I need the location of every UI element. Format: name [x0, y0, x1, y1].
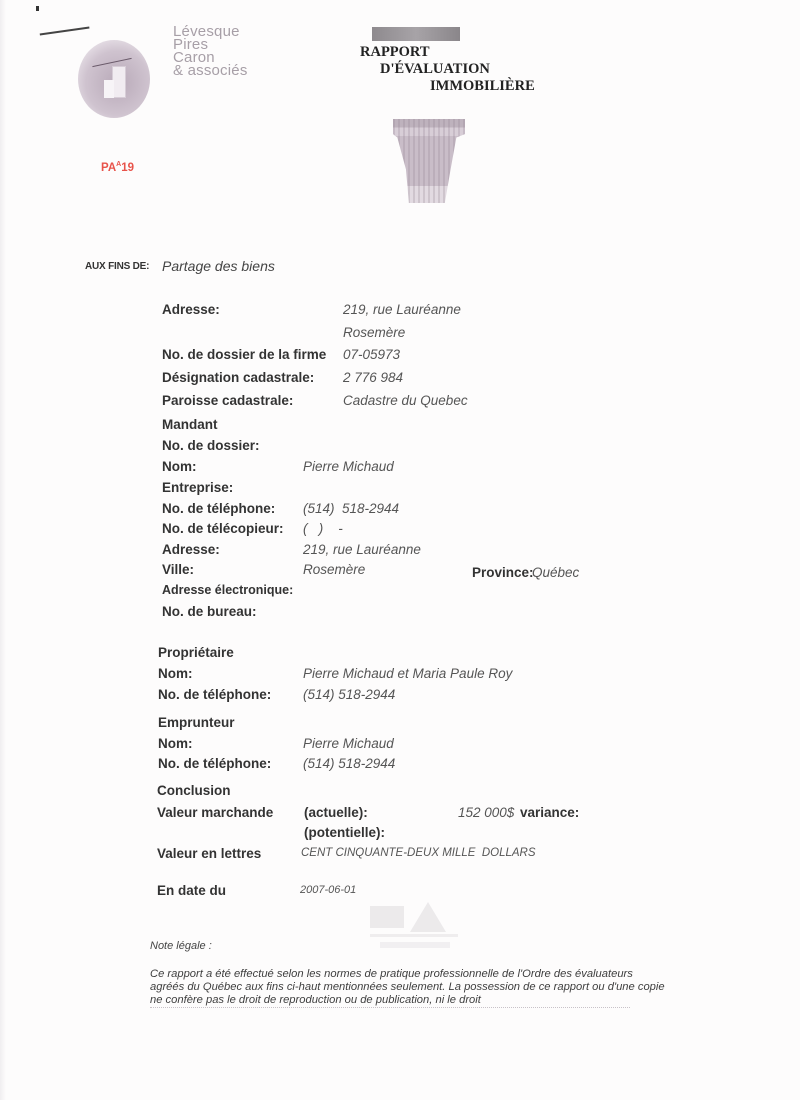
mandant-office-label: No. de bureau: — [162, 604, 257, 619]
value-in-words: CENT CINQUANTE-DEUX MILLE DOLLARS — [301, 847, 536, 859]
cadastral-designation-value: 2 776 984 — [343, 370, 403, 385]
cadastral-parish-value: Cadastre du Quebec — [343, 393, 468, 408]
current-value: 152 000$ — [458, 805, 514, 820]
cadastral-designation-label: Désignation cadastrale: — [162, 370, 314, 385]
borrower-heading: Emprunteur — [158, 715, 235, 730]
mandant-company-label: Entreprise: — [162, 480, 233, 495]
current-value-label: (actuelle): — [304, 805, 368, 820]
value-in-words-label: Valeur en lettres — [157, 846, 261, 861]
purpose-value: Partage des biens — [162, 258, 275, 274]
mandant-dossier-label: No. de dossier: — [162, 438, 260, 453]
page-mark-suffix: 19 — [121, 162, 134, 174]
mandant-email-label: Adresse électronique: — [162, 583, 293, 597]
firm-file-value: 07-05973 — [343, 347, 400, 362]
borrower-phone-label: No. de téléphone: — [158, 756, 271, 771]
mandant-heading: Mandant — [162, 417, 218, 432]
firm-file-label: No. de dossier de la firme — [162, 347, 326, 362]
property-address-label: Adresse: — [162, 302, 220, 317]
column-capital-image — [393, 119, 465, 203]
faint-stamp-logo — [370, 898, 460, 954]
page-mark: PAA19 — [101, 161, 134, 174]
redaction-bar — [372, 27, 460, 41]
scan-edge — [0, 0, 6, 1100]
mandant-address-label: Adresse: — [162, 542, 220, 557]
firm-name: Lévesque Pires Caron & associés — [173, 25, 248, 77]
report-title-line2: D'ÉVALUATION — [380, 61, 490, 78]
date-value: 2007-06-01 — [300, 884, 356, 896]
mandant-phone-value: (514) 518-2944 — [303, 501, 399, 516]
cut-off-text-line — [150, 1007, 630, 1012]
mandant-province-value: Québec — [532, 565, 579, 580]
owner-phone-label: No. de téléphone: — [158, 687, 271, 702]
owner-name-value: Pierre Michaud et Maria Paule Roy — [303, 666, 512, 681]
variance-label: variance: — [520, 805, 579, 820]
mandant-name-value: Pierre Michaud — [303, 459, 394, 474]
conclusion-heading: Conclusion — [157, 783, 231, 798]
purpose-label: AUX FINS DE: — [85, 261, 149, 272]
owner-phone-value: (514) 518-2944 — [303, 687, 395, 702]
pen-dot — [36, 6, 39, 11]
owner-name-label: Nom: — [158, 666, 193, 681]
mandant-fax-value: ( ) - — [303, 521, 343, 536]
legal-note-text: Ce rapport a été effectué selon les norm… — [150, 968, 670, 1007]
report-title-line3: IMMOBILIÈRE — [430, 78, 535, 95]
mandant-phone-label: No. de téléphone: — [162, 501, 275, 516]
firm-logo-icon — [78, 40, 150, 118]
potential-value-label: (potentielle): — [304, 825, 385, 840]
pen-mark — [40, 27, 91, 42]
borrower-name-value: Pierre Michaud — [303, 736, 394, 751]
firm-name-line: & associés — [173, 64, 248, 77]
cadastral-parish-label: Paroisse cadastrale: — [162, 393, 293, 408]
mandant-city-label: Ville: — [162, 562, 194, 577]
mandant-fax-label: No. de télécopieur: — [162, 521, 284, 536]
legal-note-heading: Note légale : — [150, 940, 212, 952]
mandant-city-value: Rosemère — [303, 562, 365, 577]
report-title-line1: RAPPORT — [360, 44, 430, 61]
borrower-name-label: Nom: — [158, 736, 193, 751]
owner-heading: Propriétaire — [158, 645, 234, 660]
mandant-province-label: Province: — [472, 565, 534, 580]
page-mark-prefix: PA — [101, 162, 116, 174]
borrower-phone-value: (514) 518-2944 — [303, 756, 395, 771]
mandant-name-label: Nom: — [162, 459, 197, 474]
property-address-line2: Rosemère — [343, 325, 405, 340]
date-label: En date du — [157, 883, 226, 898]
property-address-line1: 219, rue Lauréanne — [343, 302, 461, 317]
market-value-label: Valeur marchande — [157, 805, 273, 820]
mandant-address-value: 219, rue Lauréanne — [303, 542, 421, 557]
